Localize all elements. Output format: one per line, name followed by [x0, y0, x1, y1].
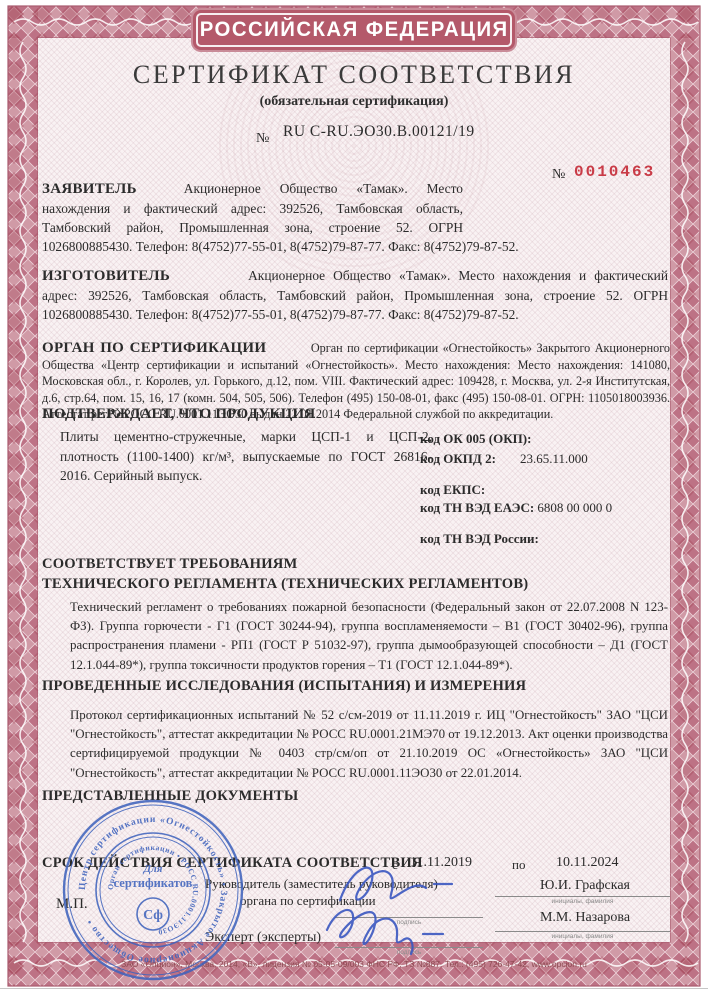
- head-name: Ю.И. Графская: [500, 878, 670, 894]
- manufacturer-section: ИЗГОТОВИТЕЛЬ Акционерное Общество «Тамак…: [42, 266, 668, 324]
- tests-label: ПРОВЕДЕННЫЕ ИССЛЕДОВАНИЯ (ИСПЫТАНИЯ) И И…: [42, 678, 526, 695]
- requirements-text: Технический регламент о требованиях пожа…: [70, 598, 668, 675]
- code-okpd2: код ОКПД 2:23.65.11.000: [420, 450, 672, 467]
- tests-text: Протокол сертификационных испытаний № 52…: [70, 706, 668, 783]
- code-okpd2-value: 23.65.11.000: [520, 451, 588, 466]
- head-name-caption: инициалы, фамилия: [495, 898, 670, 905]
- stamp-line2: сертификатов: [114, 876, 193, 890]
- certificate-page: РОССИЙСКАЯ ФЕДЕРАЦИЯ СЕРТИФИКАТ СООТВЕТС…: [0, 0, 708, 1000]
- head-name-line: [495, 896, 670, 897]
- validity-to-date: 10.11.2024: [556, 855, 618, 871]
- number-sign: №: [256, 131, 269, 147]
- scan-edge-line: [0, 988, 708, 989]
- code-ekps: код ЕКПС:: [420, 481, 672, 498]
- stamp-line1: Для: [143, 863, 163, 875]
- requirements-label-2: ТЕХНИЧЕСКОГО РЕГЛАМЕНТА (ТЕХНИЧЕСКИХ РЕГ…: [42, 576, 528, 593]
- expert-name-caption: инициалы, фамилия: [495, 933, 670, 940]
- serial-number: 0010463: [574, 163, 655, 181]
- expert-signature-ink: [315, 890, 495, 958]
- code-tnved-eaes: код ТН ВЭД ЕАЭС: 6808 00 000 0: [420, 499, 672, 516]
- certificate-subtitle: (обязательная сертификация): [0, 94, 708, 110]
- manufacturer-label: ИЗГОТОВИТЕЛЬ: [42, 268, 170, 284]
- code-tnved-russia: код ТН ВЭД России:: [420, 530, 672, 547]
- applicant-section: ЗАЯВИТЕЛЬ Акционерное Общество «Тамак». …: [42, 179, 668, 256]
- expert-name-line: [495, 931, 670, 932]
- country-banner-text: РОССИЙСКАЯ ФЕДЕРАЦИЯ: [200, 18, 509, 42]
- certificate-title: СЕРТИФИКАТ СООТВЕТСТВИЯ: [0, 60, 708, 90]
- stamp-monogram: Сф: [143, 908, 163, 923]
- certificate-number: RU C-RU.ЭО30.В.00121/19: [283, 123, 475, 141]
- expert-name: М.М. Назарова: [500, 910, 670, 926]
- applicant-label: ЗАЯВИТЕЛЬ: [42, 181, 137, 197]
- certification-stamp: Центр сертификации «Огнестойкость» • Зак…: [55, 796, 251, 988]
- code-ok005: код ОК 005 (ОКП):: [420, 430, 672, 447]
- product-section-label: ПОДТВЕРЖДАЕТ, ЧТО ПРОДУКЦИЯ: [42, 406, 315, 423]
- validity-to-label: по: [512, 857, 525, 873]
- country-banner: РОССИЙСКАЯ ФЕДЕРАЦИЯ: [193, 10, 515, 50]
- requirements-label-1: СООТВЕТСТВУЕТ ТРЕБОВАНИЯМ: [42, 556, 297, 573]
- codes-block: код ОК 005 (ОКП): код ОКПД 2:23.65.11.00…: [420, 430, 672, 547]
- serial-spacer: [463, 179, 668, 219]
- code-tnved-eaes-value: 6808 00 000 0: [537, 500, 612, 515]
- product-text: Плиты цементно-стружечные, марки ЦСП-1 и…: [60, 427, 432, 486]
- certification-body-label: ОРГАН ПО СЕРТИФИКАЦИИ: [42, 340, 266, 356]
